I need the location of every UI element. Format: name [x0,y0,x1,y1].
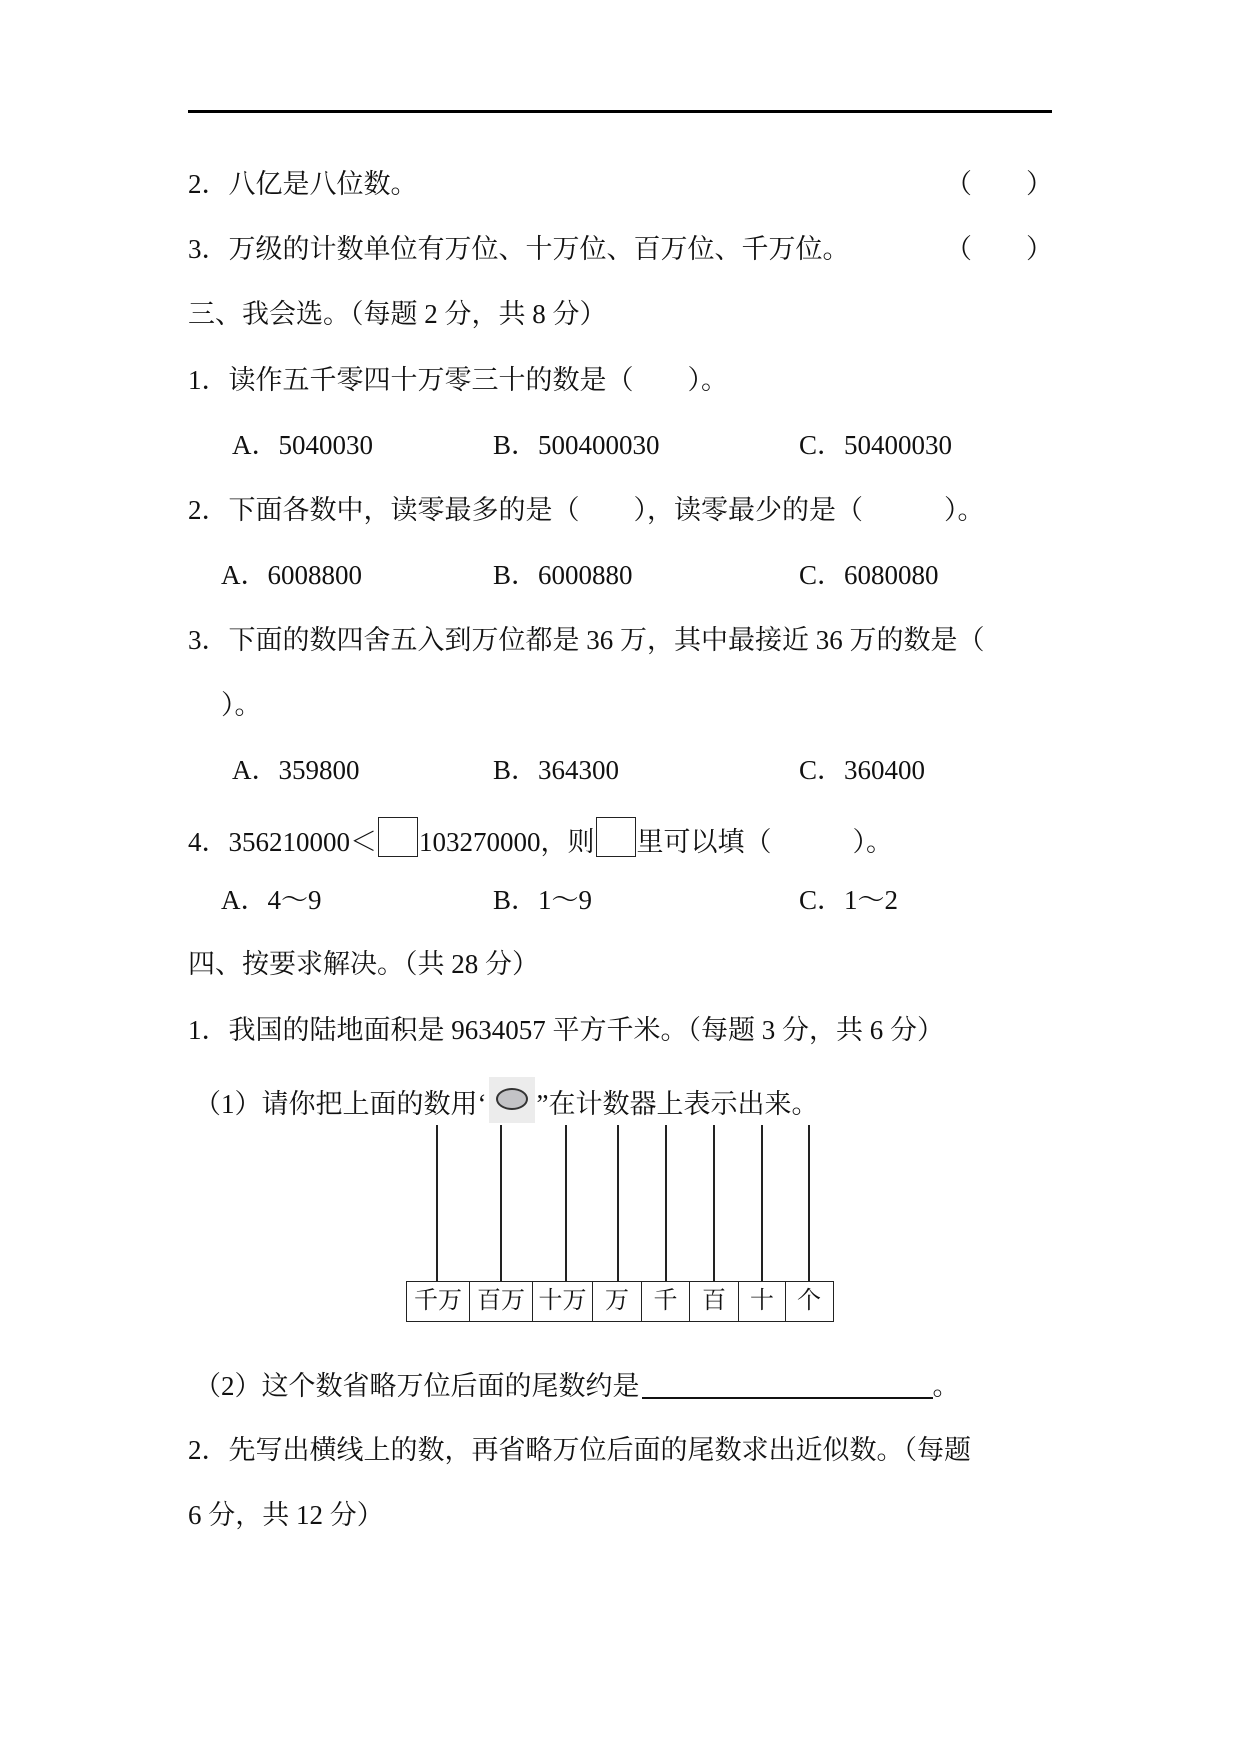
question-3-2: 2．下面各数中，读零最多的是（ ），读零最少的是（ ）。 [188,492,985,528]
option-c[interactable]: C．6080080 [799,557,939,593]
question-4-1: 1．我国的陆地面积是 9634057 平方千米。（每题 3 分，共 6 分） [188,1012,944,1048]
sub-question-2: （2）这个数省略万位后面的尾数约是。 [194,1367,960,1404]
answer-paren[interactable]: （ ） [945,231,1053,267]
place-label: 百 [690,1282,739,1321]
rod-million[interactable] [500,1125,502,1282]
answer-paren[interactable]: （ ） [945,166,1053,202]
place-label: 百万 [470,1282,533,1321]
place-value-labels: 千万 百万 十万 万 千 百 十 个 [406,1281,834,1322]
place-label: 千 [642,1282,690,1321]
question-4-2: 2．先写出横线上的数，再省略万位后面的尾数求出近似数。（每题 [188,1432,971,1468]
question-3-3: 3．下面的数四舍五入到万位都是 36 万，其中最接近 36 万的数是（ [188,622,985,658]
question-4-2-continued: 6 分，共 12 分） [188,1497,384,1533]
sub-question-1: （1）请你把上面的数用‘”在计数器上表示出来。 [194,1077,818,1123]
option-b[interactable]: B．6000880 [493,557,633,593]
rod-ten-thousand[interactable] [617,1125,619,1282]
rod-thousand[interactable] [665,1125,667,1282]
place-label: 千万 [407,1282,470,1321]
bead-icon [489,1077,535,1123]
option-b[interactable]: B．500400030 [493,427,660,463]
option-a[interactable]: A．6008800 [221,557,362,593]
header-rule [188,110,1052,113]
option-a[interactable]: A．4～9 [221,882,322,918]
rod-hundred[interactable] [713,1125,715,1282]
place-label: 十万 [533,1282,593,1321]
item-number: 2． [188,169,229,199]
place-label: 十 [739,1282,786,1321]
option-b[interactable]: B．1～9 [493,882,592,918]
option-c[interactable]: C．1～2 [799,882,898,918]
question-3-1: 1．读作五千零四十万零三十的数是（ ）。 [188,362,728,398]
item-text: 万级的计数单位有万位、十万位、百万位、千万位。 [229,234,850,264]
option-c[interactable]: C．360400 [799,752,925,788]
option-b[interactable]: B．364300 [493,752,619,788]
question-3-3-continued: ）。 [221,687,262,723]
section-3-title: 三、我会选。（每题 2 分，共 8 分） [188,296,607,332]
judge-item-3: 3．万级的计数单位有万位、十万位、百万位、千万位。 [188,231,850,267]
answer-blank[interactable] [642,1367,933,1399]
digit-box[interactable] [596,817,636,857]
option-a[interactable]: A．5040030 [232,427,373,463]
option-c[interactable]: C．50400030 [799,427,952,463]
rod-hundred-thousand[interactable] [565,1125,567,1282]
rod-ten-million[interactable] [436,1125,438,1282]
item-text: 八亿是八位数。 [229,169,418,199]
rod-ten[interactable] [761,1125,763,1282]
rod-one[interactable] [808,1125,810,1282]
option-a[interactable]: A．359800 [232,752,360,788]
item-number: 3． [188,234,229,264]
abacus-counter: 千万 百万 十万 万 千 百 十 个 [406,1125,834,1323]
digit-box[interactable] [378,817,418,857]
section-4-title: 四、按要求解决。（共 28 分） [188,946,539,982]
judge-item-2: 2．八亿是八位数。 [188,166,418,202]
question-3-4: 4．356210000＜103270000，则里可以填（ ）。 [188,817,893,860]
place-label: 个 [786,1282,832,1321]
place-label: 万 [593,1282,642,1321]
